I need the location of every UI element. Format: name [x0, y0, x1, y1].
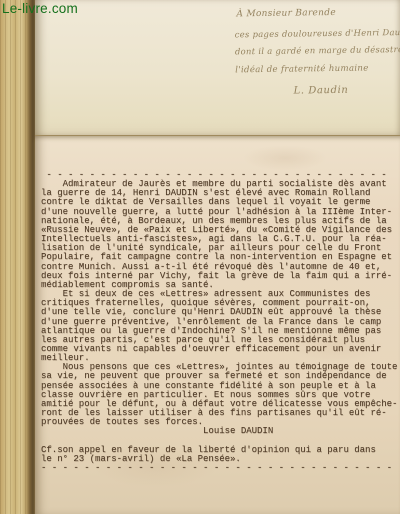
scanned-book-page: À Monsieur Barende ces pages douloureuse…: [0, 0, 400, 514]
dedication-line: dont il a gardé en marge du désastre: [235, 44, 400, 57]
flyleaf-page: À Monsieur Barende ces pages douloureuse…: [35, 0, 400, 136]
handwritten-dedication: À Monsieur Barende ces pages douloureuse…: [234, 7, 400, 98]
dedication-line: ces pages douloureuses d'Henri Daudin: [235, 27, 400, 40]
bookseller-watermark: Le-livre.com: [2, 1, 78, 16]
dedication-line: l'idéal de fraternité humaine: [235, 63, 400, 76]
dedication-line: À Monsieur Barende: [234, 7, 400, 20]
book-binding-edge: [0, 0, 36, 514]
dedication-signature: L. Daudin: [235, 84, 400, 98]
typed-letter-page: - - - - - - - - - - - - - - - - - - - - …: [35, 136, 400, 514]
typed-letter-text: - - - - - - - - - - - - - - - - - - - - …: [41, 171, 397, 473]
